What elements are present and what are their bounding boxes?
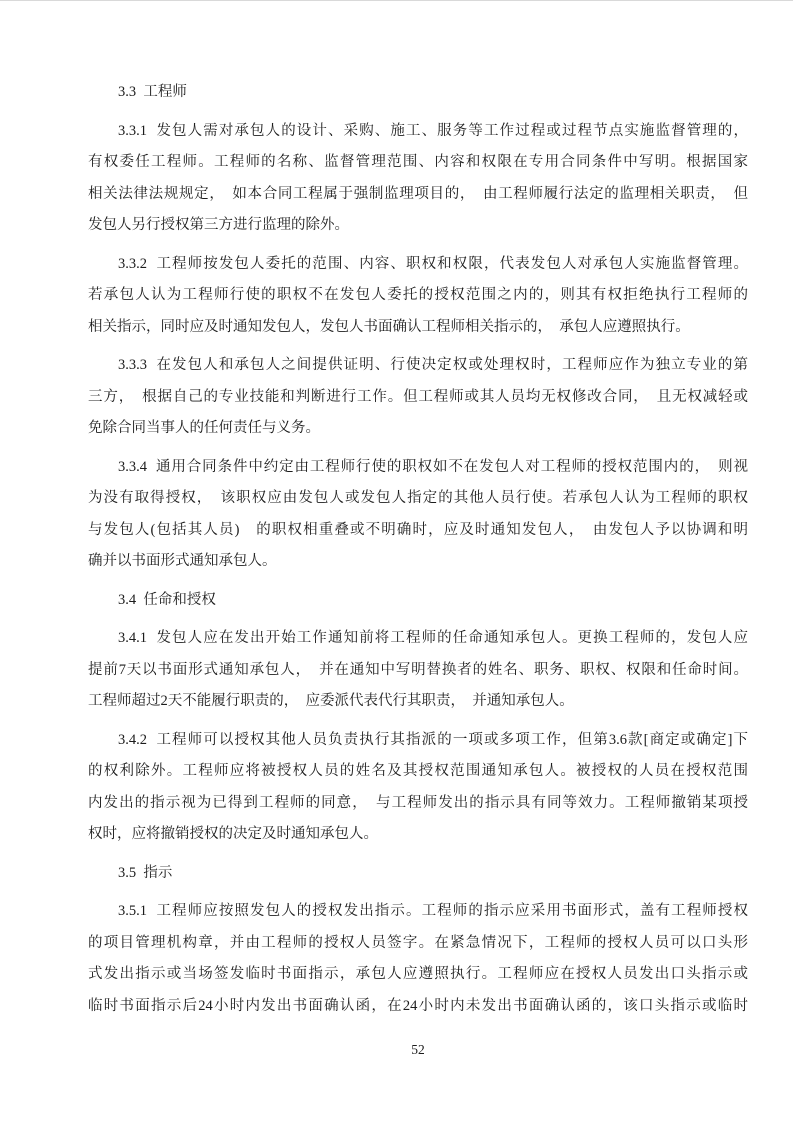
text-line: 提前7天以书面形式通知承包人， 并在通知中写明替换者的姓名、职务、职权、权限和任… [88,655,748,687]
clause-paragraph: 3.4.2 工程师可以授权其他人员负责执行其指派的一项或多项工作，但第3.6款[… [88,725,748,851]
text-line: 若承包人认为工程师行使的职权不在发包人委托的授权范围之内的，则其有权拒绝执行工程… [88,280,748,312]
text-line: 的项目管理机构章，并由工程师的授权人员签字。在紧急情况下，工程师的授权人员可以口… [88,928,748,960]
text-line: 确并以书面形式通知承包人。 [88,546,748,578]
clause-paragraph: 3.3.1 发包人需对承包人的设计、采购、施工、服务等工作过程或过程节点实施监督… [88,116,748,242]
text-line: 3.3.3 在发包人和承包人之间提供证明、行使决定权或处理权时，工程师应作为独立… [88,350,748,382]
text-line: 工程师超过2天不能履行职责的， 应委派代表代行其职责， 并通知承包人。 [88,686,748,718]
text-line: 权时，应将撤销授权的决定及时通知承包人。 [88,819,748,851]
text-line: 发包人另行授权第三方进行监理的除外。 [88,210,748,242]
text-line: 3.5.1 工程师应按照发包人的授权发出指示。工程师的指示应采用书面形式，盖有工… [88,896,748,928]
text-line: 有权委任工程师。工程师的名称、监督管理范围、内容和权限在专用合同条件中写明。根据… [88,147,748,179]
text-line: 3.4.1 发包人应在发出开始工作通知前将工程师的任命通知承包人。更换工程师的，… [88,623,748,655]
page-number: 52 [88,1041,748,1059]
section-heading: 3.4 任命和授权 [88,585,748,617]
text-line: 式发出指示或当场签发临时书面指示，承包人应遵照执行。工程师应在授权人员发出口头指… [88,959,748,991]
text-line: 与发包人(包括其人员) 的职权相重叠或不明确时，应及时通知发包人， 由发包人予以… [88,515,748,547]
text-line: 的权利除外。工程师应将被授权人员的姓名及其授权范围通知承包人。被授权的人员在授权… [88,756,748,788]
clause-paragraph: 3.5.1 工程师应按照发包人的授权发出指示。工程师的指示应采用书面形式，盖有工… [88,896,748,1022]
contract-text-body: 3.3 工程师3.3.1 发包人需对承包人的设计、采购、施工、服务等工作过程或过… [88,77,748,1022]
text-line: 免除合同当事人的任何责任与义务。 [88,413,748,445]
clause-paragraph: 3.3.3 在发包人和承包人之间提供证明、行使决定权或处理权时，工程师应作为独立… [88,350,748,445]
text-line: 3.3.4 通用合同条件中约定由工程师行使的职权如不在发包人对工程师的授权范围内… [88,452,748,484]
section-heading: 3.3 工程师 [88,77,748,109]
text-line: 3.3.2 工程师按发包人委托的范围、内容、职权和权限，代表发包人对承包人实施监… [88,249,748,281]
text-line: 相关法律法规规定， 如本合同工程属于强制监理项目的， 由工程师履行法定的监理相关… [88,179,748,211]
clause-paragraph: 3.4.1 发包人应在发出开始工作通知前将工程师的任命通知承包人。更换工程师的，… [88,623,748,718]
text-line: 临时书面指示后24小时内发出书面确认函，在24小时内未发出书面确认函的，该口头指… [88,991,748,1023]
clause-paragraph: 3.3.2 工程师按发包人委托的范围、内容、职权和权限，代表发包人对承包人实施监… [88,249,748,344]
text-line: 相关指示，同时应及时通知发包人，发包人书面确认工程师相关指示的， 承包人应遵照执… [88,312,748,344]
text-line: 为没有取得授权， 该职权应由发包人或发包人指定的其他人员行使。若承包人认为工程师… [88,483,748,515]
text-line: 内发出的指示视为已得到工程师的同意， 与工程师发出的指示具有同等效力。工程师撤销… [88,788,748,820]
section-heading: 3.5 指示 [88,858,748,890]
document-page: 3.3 工程师3.3.1 发包人需对承包人的设计、采购、施工、服务等工作过程或过… [0,0,793,1122]
clause-paragraph: 3.3.4 通用合同条件中约定由工程师行使的职权如不在发包人对工程师的授权范围内… [88,452,748,578]
text-line: 3.3.1 发包人需对承包人的设计、采购、施工、服务等工作过程或过程节点实施监督… [88,116,748,148]
text-line: 3.4.2 工程师可以授权其他人员负责执行其指派的一项或多项工作，但第3.6款[… [88,725,748,757]
text-line: 三方， 根据自己的专业技能和判断进行工作。但工程师或其人员均无权修改合同， 且无… [88,382,748,414]
